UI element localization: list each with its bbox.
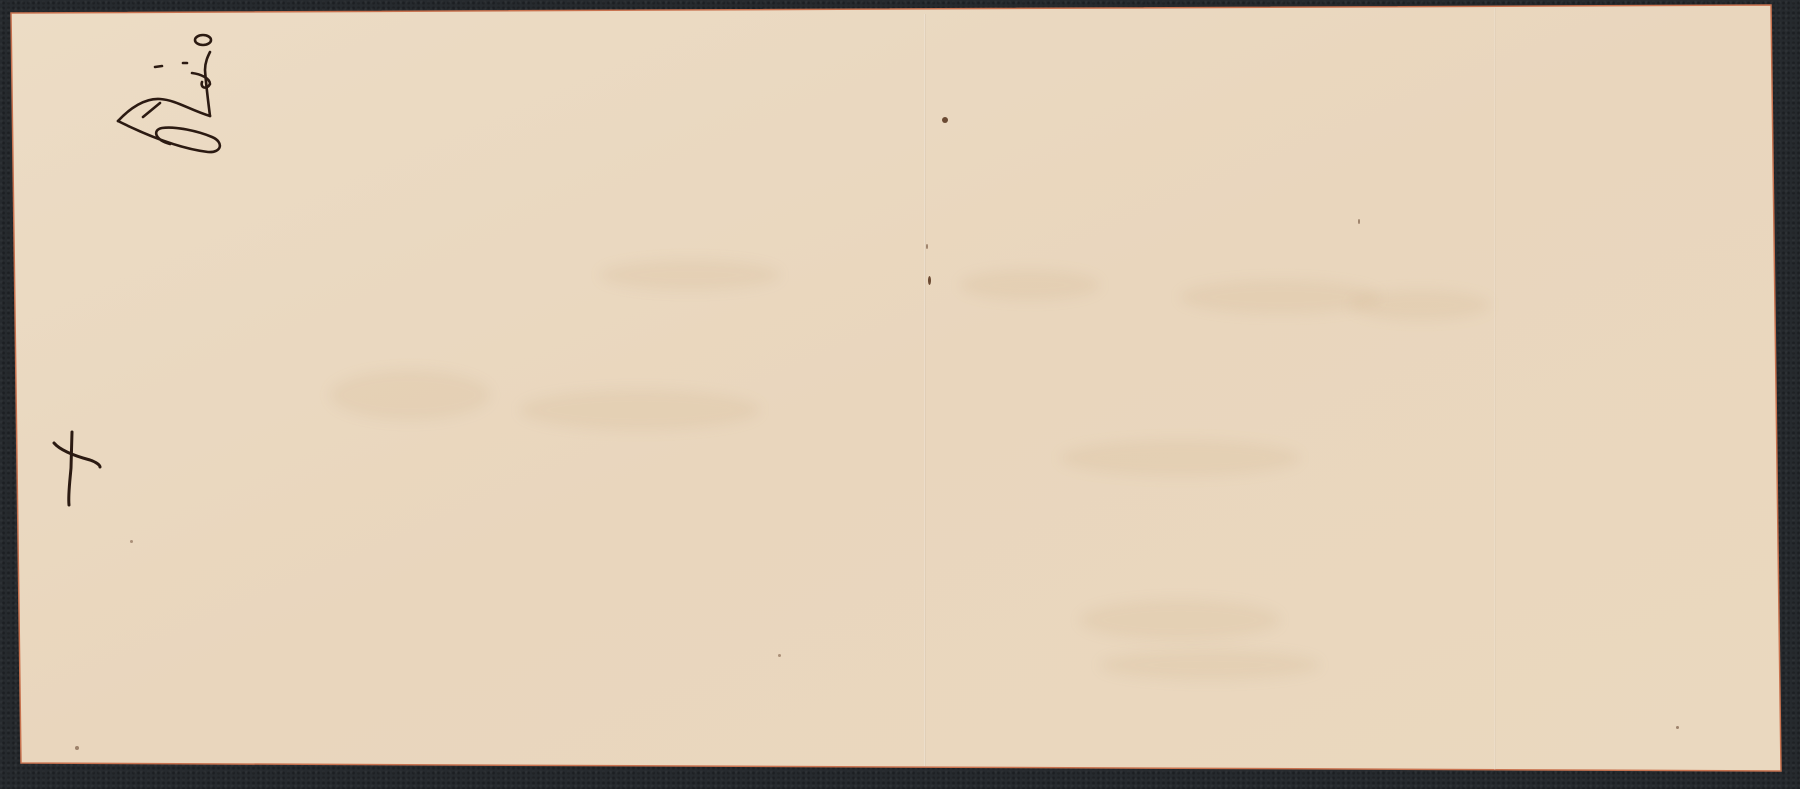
cross-mark: [0, 0, 1800, 789]
paper-sheet: Ǭ-d.o + faint illegible show-through of …: [0, 0, 1800, 789]
